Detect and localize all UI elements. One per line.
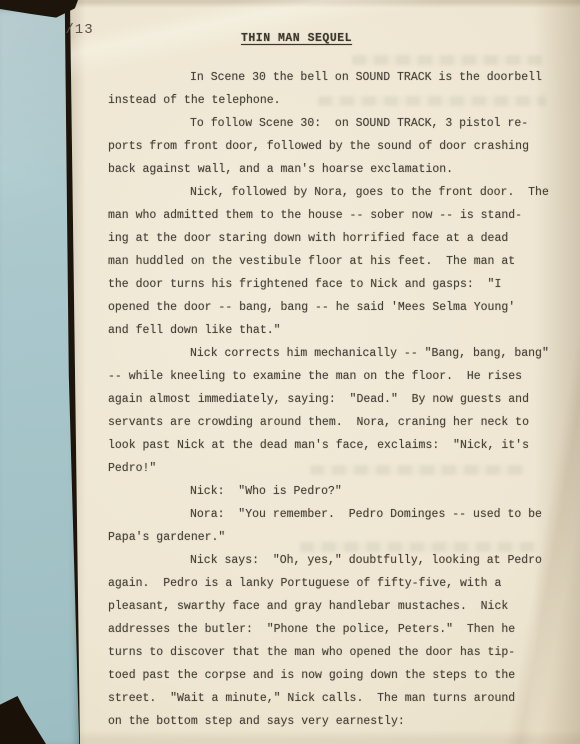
- text-line: pleasant, swarthy face and gray handleba…: [108, 595, 554, 618]
- text-line: Nick says: "Oh, yes," doubtfully, lookin…: [108, 549, 554, 572]
- text-line: In Scene 30 the bell on SOUND TRACK is t…: [108, 66, 554, 89]
- text-line: ports from front door, followed by the s…: [108, 135, 554, 158]
- text-line: Nick: "Who is Pedro?": [108, 480, 554, 503]
- text-line: ing at the door staring down with horrif…: [108, 227, 554, 250]
- ink-bleed-through: [352, 55, 542, 65]
- text-line: toed past the corpse and is now going do…: [108, 664, 554, 687]
- text-line: addresses the butler: "Phone the police,…: [108, 618, 554, 641]
- text-line: man huddled on the vestibule floor at hi…: [108, 250, 554, 273]
- text-line: turns to discover that the man who opene…: [108, 641, 554, 664]
- text-line: Nick, followed by Nora, goes to the fron…: [108, 181, 554, 204]
- text-line: Nick corrects him mechanically -- "Bang,…: [108, 342, 554, 365]
- text-line: again almost immediately, saying: "Dead.…: [108, 388, 554, 411]
- text-line: Pedro!": [108, 457, 554, 480]
- text-line: man who admitted them to the house -- so…: [108, 204, 554, 227]
- text-line: opened the door -- bang, bang -- he said…: [108, 296, 554, 319]
- blue-cover-sheet: [0, 7, 80, 744]
- scanned-script-page-photo: 1/13 THIN MAN SEQUEL In Scene 30 the bel…: [0, 0, 580, 744]
- text-line: Papa's gardener.": [108, 526, 554, 549]
- text-line: street. "Wait a minute," Nick calls. The…: [108, 687, 554, 710]
- text-line: servants are crowding around them. Nora,…: [108, 411, 554, 434]
- text-line: again. Pedro is a lanky Portuguese of fi…: [108, 572, 554, 595]
- text-line: back against wall, and a man's hoarse ex…: [108, 158, 554, 181]
- text-line: the door turns his frightened face to Ni…: [108, 273, 554, 296]
- text-line: look past Nick at the dead man's face, e…: [108, 434, 554, 457]
- document-body: In Scene 30 the bell on SOUND TRACK is t…: [108, 66, 554, 733]
- text-line: -- while kneeling to examine the man on …: [108, 365, 554, 388]
- text-line: on the bottom step and says very earnest…: [108, 710, 554, 733]
- text-line: Nora: "You remember. Pedro Dominges -- u…: [108, 503, 554, 526]
- text-line: To follow Scene 30: on SOUND TRACK, 3 pi…: [108, 112, 554, 135]
- text-line: instead of the telephone.: [108, 89, 554, 112]
- document-title: THIN MAN SEQUEL: [241, 32, 352, 45]
- text-line: and fell down like that.": [108, 319, 554, 342]
